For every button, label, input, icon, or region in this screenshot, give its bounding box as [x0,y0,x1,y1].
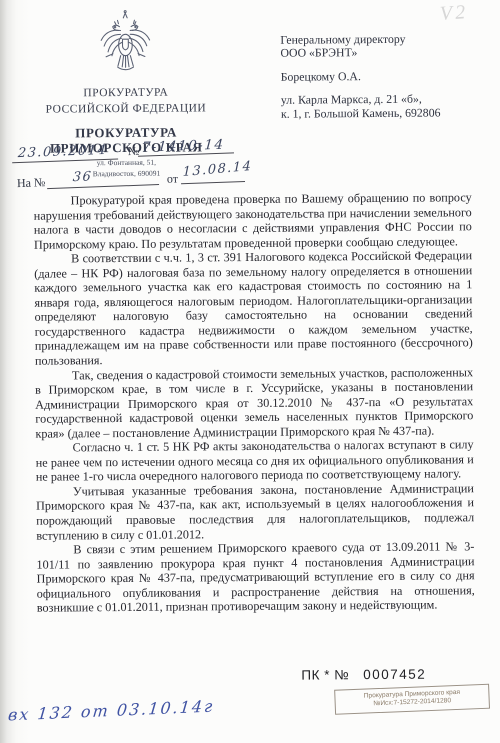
recipient-address-line2: к. 1, г. Большой Камень, 692806 [281,106,496,121]
org-federation-line1: ПРОКУРАТУРА [0,86,254,102]
scanned-letter-page: V2 [0,0,500,743]
pk-label: ПК * № [301,667,349,682]
outgoing-stamp-box: Прокуратура Приморского края №Исх:7-1527… [334,684,490,715]
paragraph: Прокуратурой края проведена проверка по … [34,190,472,252]
registration-number-line: ПК * №0007452 [301,667,426,683]
ot-label: от [167,171,179,186]
recipient-block: Генеральному директору ООО «БРЭНТ» Борец… [280,32,496,121]
pk-number: 0007452 [363,667,426,682]
reference-block: 23.09.2014 № 7-1410-14 На № 36 от 13.08.… [10,137,262,194]
paragraph: Учитывая указанные требования закона, по… [36,481,474,543]
paragraph: Так, сведения о кадастровой стоимости зе… [35,365,474,441]
paragraph: В соответствии с ч.ч. 1, 3 ст. 391 Налог… [34,248,473,368]
paragraph: Согласно ч. 1 ст. 5 НК РФ акты законодат… [36,438,474,485]
na-no-label: На № [17,175,46,191]
letter-body: Прокуратурой края проведена проверка по … [34,190,475,615]
outgoing-number-handwritten: 7-1410-14 [141,137,225,156]
na-no-value-handwritten: 36 [72,169,93,185]
coat-of-arms-icon [94,9,157,83]
org-federation-line2: РОССИЙСКОЙ ФЕДЕРАЦИИ [0,101,254,117]
paragraph: В связи с этим решением Приморского крае… [36,539,475,615]
na-no-underline [47,167,160,189]
ref-line-incoming: На № 36 от 13.08.14 [11,163,262,194]
